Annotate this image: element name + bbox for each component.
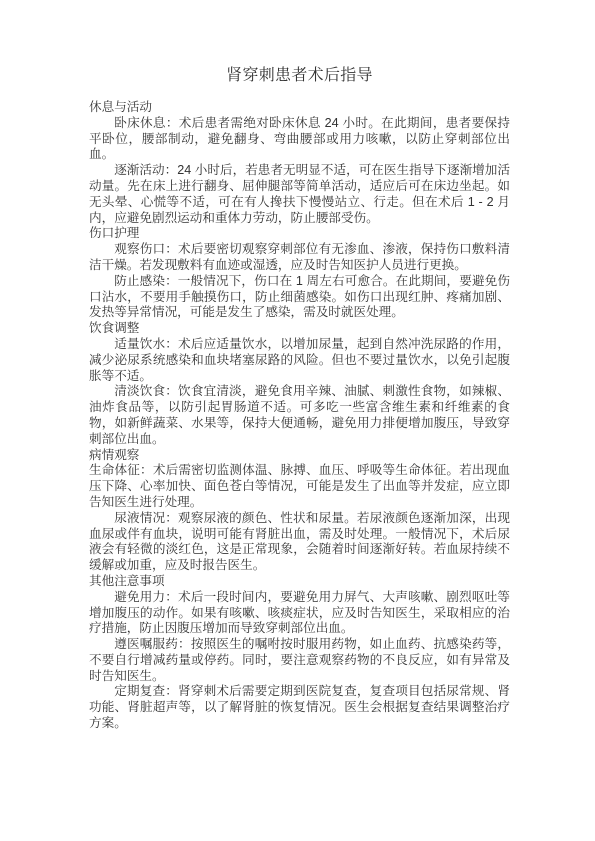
section-heading: 伤口护理 [89, 226, 510, 242]
paragraph: 定期复查：肾穿刺术后需要定期到医院复查，复查项目包括尿常规、肾功能、肾脏超声等，… [89, 684, 510, 731]
paragraph: 清淡饮食：饮食宜清淡，避免食用辛辣、油腻、刺激性食物，如辣椒、油炸食品等，以防引… [89, 384, 510, 447]
section-heading: 其他注意事项 [89, 574, 510, 590]
paragraph: 防止感染：一般情况下，伤口在 1 周左右可愈合。在此期间，要避免伤口沾水，不要用… [89, 274, 510, 321]
document-title: 肾穿刺患者术后指导 [89, 67, 510, 84]
section-heading: 病情观察 [89, 448, 510, 464]
paragraph: 适量饮水：术后应适量饮水，以增加尿量，起到自然冲洗尿路的作用，减少泌尿系统感染和… [89, 337, 510, 384]
paragraph: 尿液情况：观察尿液的颜色、性状和尿量。若尿液颜色逐渐加深，出现血尿或伴有血块，说… [89, 511, 510, 574]
document-content: 肾穿刺患者术后指导 休息与活动 卧床休息：术后患者需绝对卧床休息 24 小时。在… [89, 67, 510, 732]
paragraph: 遵医嘱服药：按照医生的嘱咐按时服用药物，如止血药、抗感染药等，不要自行增减药量或… [89, 637, 510, 684]
section-heading: 休息与活动 [89, 100, 510, 116]
section-rest-activity: 休息与活动 卧床休息：术后患者需绝对卧床休息 24 小时。在此期间，患者要保持平… [89, 100, 510, 226]
section-diet: 饮食调整 适量饮水：术后应适量饮水，以增加尿量，起到自然冲洗尿路的作用，减少泌尿… [89, 321, 510, 447]
paragraph: 逐渐活动：24 小时后，若患者无明显不适，可在医生指导下逐渐增加活动量。先在床上… [89, 163, 510, 226]
section-heading: 饮食调整 [89, 321, 510, 337]
paragraph: 卧床休息：术后患者需绝对卧床休息 24 小时。在此期间，患者要保持平卧位，腰部制… [89, 116, 510, 163]
section-other-notes: 其他注意事项 避免用力：术后一段时间内，要避免用力屏气、大声咳嗽、剧烈呕吐等增加… [89, 574, 510, 732]
paragraph: 生命体征：术后需密切监测体温、脉搏、血压、呼吸等生命体征。若出现血压下降、心率加… [89, 463, 510, 510]
section-condition-observation: 病情观察 生命体征：术后需密切监测体温、脉搏、血压、呼吸等生命体征。若出现血压下… [89, 448, 510, 574]
paragraph: 避免用力：术后一段时间内，要避免用力屏气、大声咳嗽、剧烈呕吐等增加腹压的动作。如… [89, 590, 510, 637]
section-wound-care: 伤口护理 观察伤口：术后要密切观察穿刺部位有无渗血、渗液，保持伤口敷料清洁干燥。… [89, 226, 510, 321]
paragraph: 观察伤口：术后要密切观察穿刺部位有无渗血、渗液，保持伤口敷料清洁干燥。若发现敷料… [89, 242, 510, 274]
document-page: 肾穿刺患者术后指导 休息与活动 卧床休息：术后患者需绝对卧床休息 24 小时。在… [0, 0, 595, 841]
